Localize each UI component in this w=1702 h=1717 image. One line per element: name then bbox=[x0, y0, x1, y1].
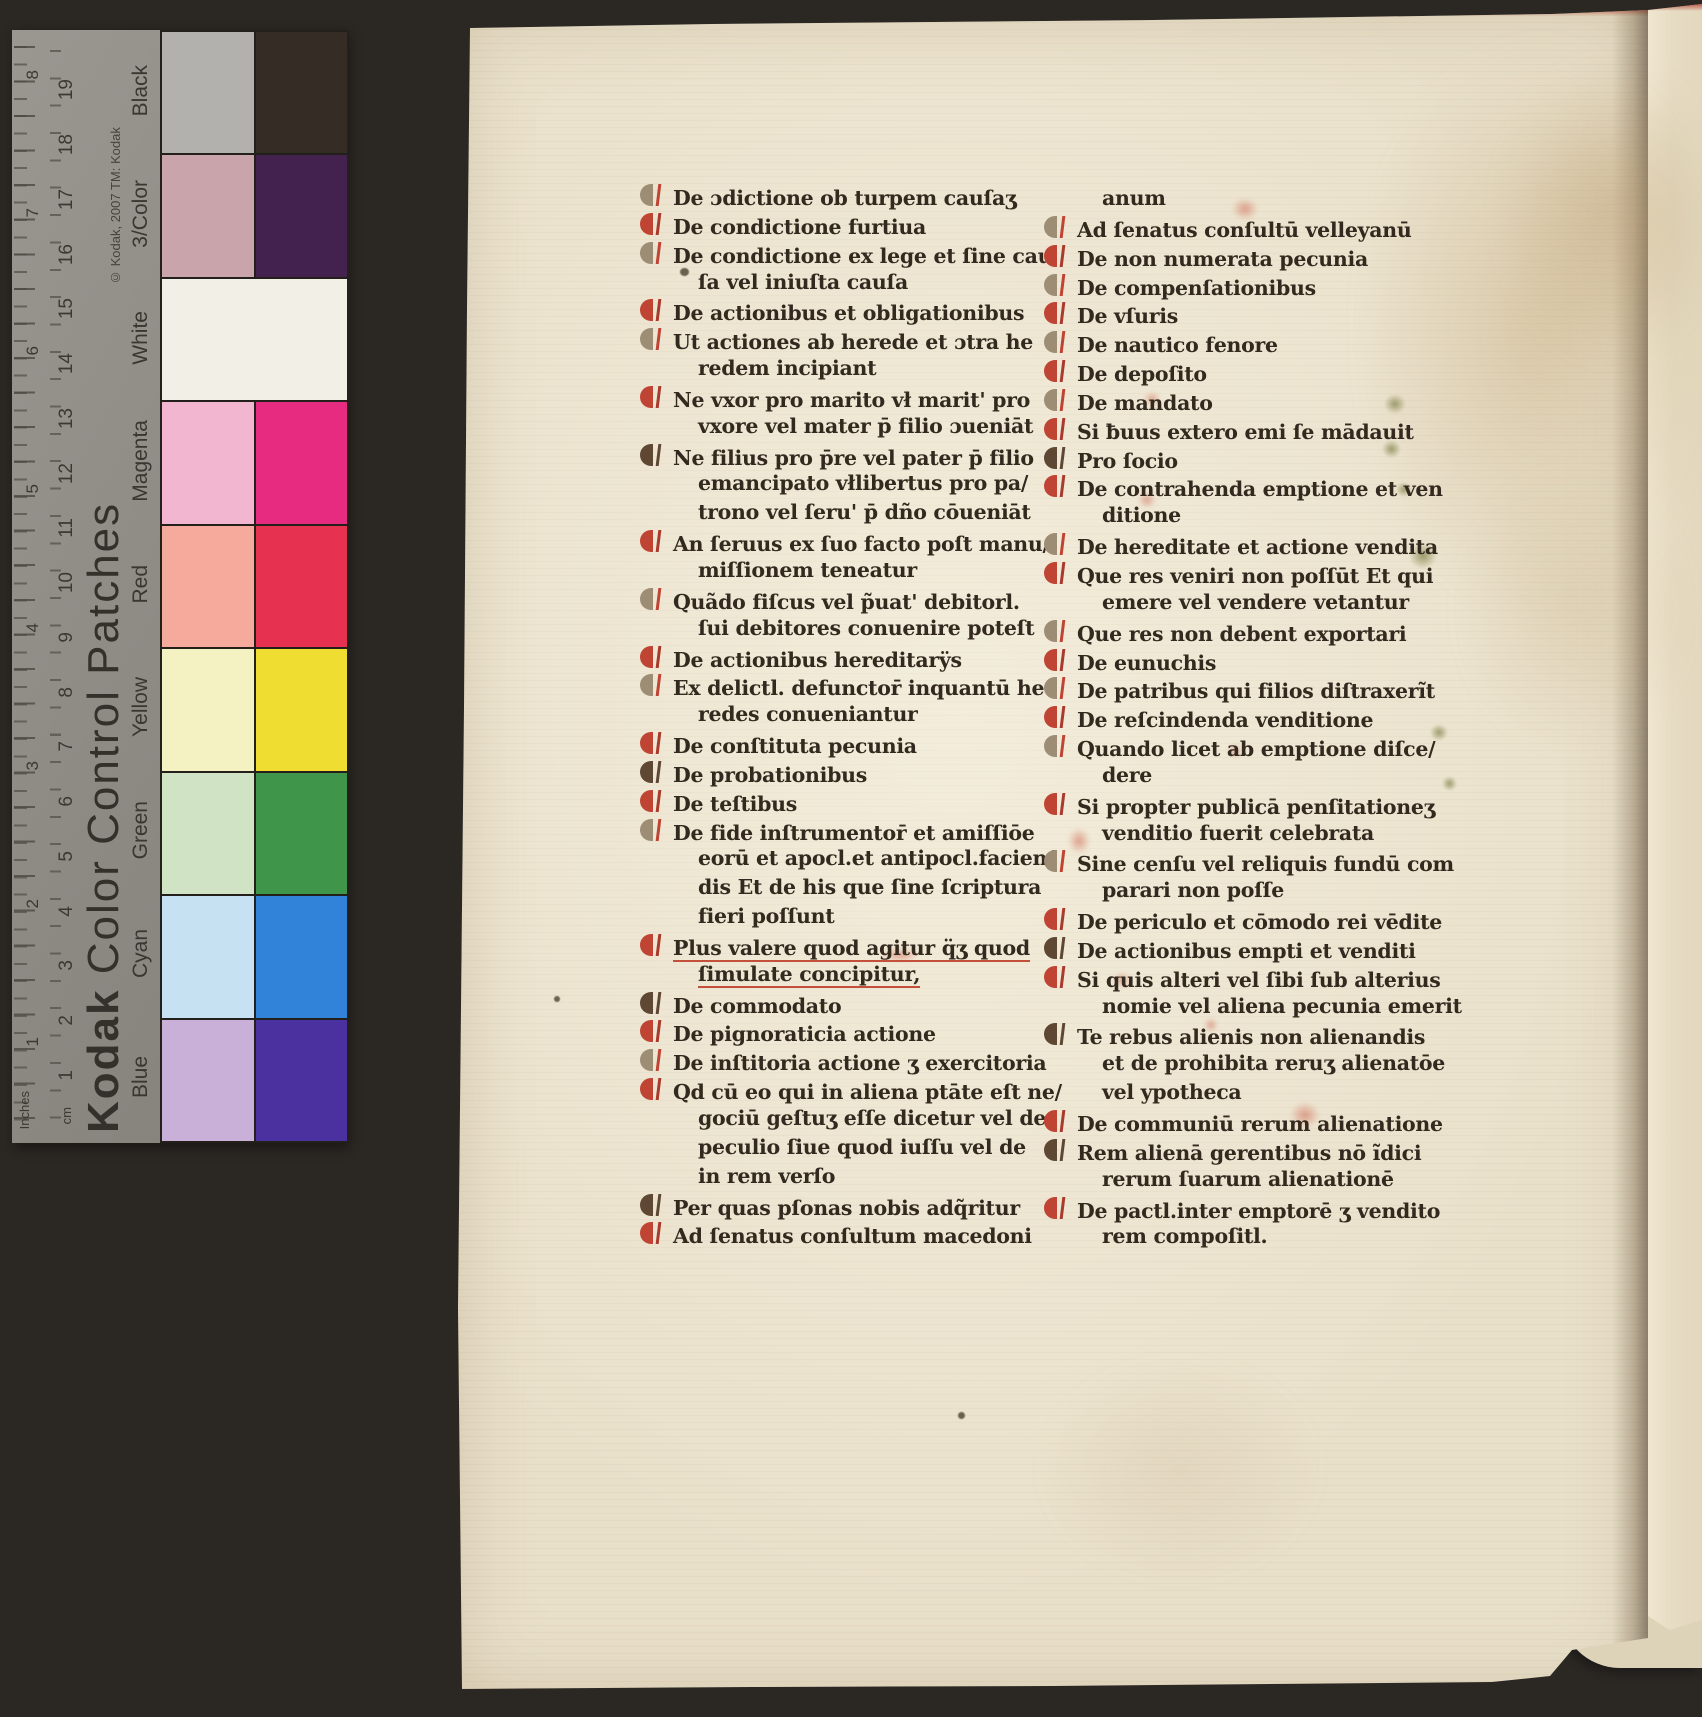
paragraph-mark-icon bbox=[640, 325, 673, 354]
index-entry-line: venditio fuerit celebrata bbox=[1044, 819, 1458, 848]
index-entry-line: De reſcindenda venditione bbox=[1044, 703, 1458, 732]
index-entry-line: De patribus qui filios diſtraxerĩt bbox=[1044, 674, 1458, 703]
index-entry-text: De eunuchis bbox=[1077, 650, 1216, 674]
kodak-color-control-strip: Inches cm © Kodak, 2007 TM: Kodak Kodak … bbox=[12, 30, 345, 1143]
index-entry-text: De vſuris bbox=[1077, 304, 1178, 328]
index-entry: De commodato bbox=[640, 989, 1020, 1018]
index-entry-line: ditione bbox=[1044, 501, 1458, 530]
patch-red-dark bbox=[256, 526, 348, 647]
index-entry-text: De teſtibus bbox=[673, 792, 797, 816]
cm-ruler-number: 17 bbox=[56, 179, 78, 219]
index-entry-line: De eunuchis bbox=[1044, 646, 1458, 675]
paragraph-mark-icon bbox=[640, 527, 673, 556]
cm-ruler-number: 19 bbox=[56, 70, 78, 110]
index-entry-line: De inſtitoria actione ʒ exercitoria bbox=[640, 1046, 1020, 1075]
patch-blue-dark bbox=[256, 1020, 348, 1141]
index-entry: De non numerata pecunia bbox=[1044, 242, 1458, 271]
index-entry-line: De vſuris bbox=[1044, 299, 1458, 328]
index-entry: De pignoraticia actione bbox=[640, 1017, 1020, 1046]
index-entry-text: De actionibus et obligationibus bbox=[673, 301, 1024, 325]
patch-cyan-light bbox=[162, 896, 254, 1017]
paragraph-mark-icon bbox=[1044, 732, 1077, 761]
index-entry-text: in rem verſo bbox=[698, 1164, 835, 1188]
index-entry-line: vxore vel mater p̄ filio ɔueniāt bbox=[640, 412, 1020, 441]
paragraph-mark-icon bbox=[640, 729, 673, 758]
index-entry-line: De nautico fenore bbox=[1044, 328, 1458, 357]
index-entry-line: redem incipiant bbox=[640, 354, 1020, 383]
index-entry: De condictione ex lege et ſine cauſa vel… bbox=[640, 239, 1020, 297]
index-entry-text: De actionibus hereditarÿs bbox=[673, 647, 962, 671]
index-entry-text: Ut actiones ab herede et ɔtra he bbox=[673, 330, 1033, 354]
paragraph-mark-icon bbox=[1044, 1194, 1077, 1223]
index-entry-text: Que res veniri non poſſūt Et qui bbox=[1077, 564, 1433, 588]
index-entry-text: miſſionem teneatur bbox=[698, 558, 917, 582]
index-entry: De inſtitoria actione ʒ exercitoria bbox=[640, 1046, 1020, 1075]
patch-row-label-white: White bbox=[122, 276, 160, 398]
index-entry: De fide inſtrumentor̄ et amiſſiōeeorū et… bbox=[640, 816, 1020, 931]
index-entry-line: Quando licet ab emptione diſce/ bbox=[1044, 732, 1458, 761]
index-entry-text: De condictione furtiua bbox=[673, 215, 926, 239]
index-entry: Te rebus alienis non alienandiset de pro… bbox=[1044, 1020, 1458, 1107]
index-entry-line: in rem verſo bbox=[640, 1162, 1020, 1191]
patch-3color-light bbox=[162, 155, 254, 276]
paragraph-mark-icon bbox=[640, 643, 673, 672]
index-entry-text: trono vel ſeru' p̄ dño cōueniāt bbox=[698, 500, 1031, 524]
patch-black-light bbox=[162, 32, 254, 153]
paragraph-mark-icon bbox=[1044, 617, 1077, 646]
index-entry-line: De pignoraticia actione bbox=[640, 1017, 1020, 1046]
paragraph-mark-icon bbox=[640, 1075, 673, 1104]
index-entry-line: An ſeruus ex ſuo facto poſt manu/ bbox=[640, 527, 1020, 556]
index-entry-line: Ad ſenatus conſultum macedoni bbox=[640, 1219, 1020, 1248]
index-entry-text: Per quas pſonas nobis adq̃ritur bbox=[673, 1195, 1020, 1219]
index-entry-line: Que res veniri non poſſūt Et qui bbox=[1044, 559, 1458, 588]
patch-row-label-magenta: Magenta bbox=[122, 400, 160, 522]
index-entry: Ad ſenatus conſultum macedoni bbox=[640, 1219, 1020, 1248]
paragraph-mark-icon bbox=[1044, 963, 1077, 992]
paragraph-mark-icon bbox=[640, 210, 673, 239]
index-entry: De probationibus bbox=[640, 758, 1020, 787]
index-entry-text: Quando licet ab emptione diſce/ bbox=[1077, 737, 1435, 761]
index-entry-line: De actionibus et obligationibus bbox=[640, 296, 1020, 325]
index-entry-line: De conſtituta pecunia bbox=[640, 729, 1020, 758]
index-entry: Rem alienā gerentibus nō ĩdicirerum ſuar… bbox=[1044, 1136, 1458, 1194]
patch-row-label-3color: 3/Color bbox=[122, 153, 160, 275]
index-entry-line: trono vel ſeru' p̄ dño cōueniāt bbox=[640, 498, 1020, 527]
index-entry-text: De periculo et cōmodo rei vēdite bbox=[1077, 910, 1442, 934]
index-entry: De actionibus et obligationibus bbox=[640, 296, 1020, 325]
index-entry-line: ſui debitores conuenire poteſt bbox=[640, 614, 1020, 643]
index-entry-text: De actionibus empti et venditi bbox=[1077, 939, 1416, 963]
patch-yellow-light bbox=[162, 649, 254, 770]
strip-title-text: Color Control Patches bbox=[79, 502, 128, 974]
index-entry-line: De actionibus empti et venditi bbox=[1044, 934, 1458, 963]
index-entry: De contrahenda emptione et venditione bbox=[1044, 472, 1458, 530]
index-entry-text: Ne filius pro p̄re vel pater p̄ filio bbox=[673, 445, 1034, 469]
index-entry-line: De probationibus bbox=[640, 758, 1020, 787]
index-entry-text: De mandato bbox=[1077, 391, 1213, 415]
paragraph-mark-icon bbox=[640, 239, 673, 268]
cm-ruler-number: 6 bbox=[56, 781, 78, 821]
index-entry: Pro ſocio bbox=[1044, 444, 1458, 473]
paragraph-mark-icon bbox=[640, 181, 673, 210]
index-entry: De eunuchis bbox=[1044, 646, 1458, 675]
inches-unit-label: Inches bbox=[14, 1090, 34, 1130]
index-entry-text: De pactl.inter emptorē ʒ vendito bbox=[1077, 1198, 1440, 1222]
paragraph-mark-icon bbox=[640, 931, 673, 960]
index-entry-line: Si propter publicā penſitationeʒ bbox=[1044, 790, 1458, 819]
index-entry-line: ſa vel iniuſta cauſa bbox=[640, 268, 1020, 297]
index-entry: De condictione furtiua bbox=[640, 210, 1020, 239]
index-entry-text: redes conueniantur bbox=[698, 702, 918, 726]
paragraph-mark-icon bbox=[1044, 299, 1077, 328]
index-entry-text: Ad ſenatus conſultum macedoni bbox=[673, 1224, 1032, 1248]
inch-ruler-number: 6 bbox=[22, 331, 44, 371]
paragraph-mark-icon bbox=[1044, 847, 1077, 876]
index-entry: De compenſationibus bbox=[1044, 271, 1458, 300]
paragraph-mark-icon bbox=[1044, 213, 1077, 242]
paragraph-mark-icon bbox=[640, 296, 673, 325]
index-entry-line: gociū geſtuʒ eſſe dicetur vel de bbox=[640, 1104, 1020, 1133]
index-entry-line: De ɔdictione ob turpem cauſaʒ bbox=[640, 181, 1020, 210]
index-entry-text: et de prohibita reruʒ alienatōe bbox=[1102, 1051, 1445, 1075]
patch-row-label-cyan: Cyan bbox=[122, 892, 160, 1014]
paragraph-mark-icon bbox=[1044, 1136, 1077, 1165]
index-entry-text: De inſtitoria actione ʒ exercitoria bbox=[673, 1051, 1046, 1075]
index-entry-line: De commodato bbox=[640, 989, 1020, 1018]
index-entry: De pactl.inter emptorē ʒ venditorem comp… bbox=[1044, 1194, 1458, 1252]
patch-row-label-black: Black bbox=[122, 30, 160, 152]
index-entry-text: Si quis alteri vel ſibi ſub alterius bbox=[1077, 968, 1441, 992]
index-entry-text: rem compoſitl. bbox=[1102, 1224, 1267, 1248]
paragraph-mark-icon bbox=[640, 816, 673, 845]
index-entry-line: Ad ſenatus conſultū velleyanū bbox=[1044, 213, 1458, 242]
index-entry-text: Quãdo fiſcus vel p̃uat' debitorl. bbox=[673, 590, 1020, 614]
index-entry: De reſcindenda venditione bbox=[1044, 703, 1458, 732]
index-entry-text: Pro ſocio bbox=[1077, 448, 1178, 472]
index-entry-text: anum bbox=[1102, 186, 1166, 210]
paragraph-mark-icon bbox=[1044, 444, 1077, 473]
index-entry-line: Que res non debent exportari bbox=[1044, 617, 1458, 646]
index-entry-text: De depoſito bbox=[1077, 362, 1207, 386]
index-entry-text: De reſcindenda venditione bbox=[1077, 708, 1373, 732]
inch-ruler-number: 4 bbox=[22, 607, 44, 647]
index-entry-text: Te rebus alienis non alienandis bbox=[1077, 1025, 1425, 1049]
index-entry-text: De contrahenda emptione et ven bbox=[1077, 477, 1443, 501]
paragraph-mark-icon bbox=[640, 1017, 673, 1046]
index-entry-line: anum bbox=[1044, 184, 1458, 213]
index-entry-line: De non numerata pecunia bbox=[1044, 242, 1458, 271]
index-entry-text: Rem alienā gerentibus nō ĩdici bbox=[1077, 1141, 1421, 1165]
paragraph-mark-icon bbox=[1044, 703, 1077, 732]
cm-ruler-number: 14 bbox=[56, 344, 78, 384]
index-entry-line: De pactl.inter emptorē ʒ vendito bbox=[1044, 1194, 1458, 1223]
patch-grid bbox=[160, 30, 349, 1143]
index-entry: Ex delictl. defunctor̄ inquantū heredes … bbox=[640, 671, 1020, 729]
patch-green-dark bbox=[256, 773, 348, 894]
index-entry-line: vel ypotheca bbox=[1044, 1078, 1458, 1107]
paragraph-mark-icon bbox=[1044, 1107, 1077, 1136]
paragraph-mark-icon bbox=[1044, 386, 1077, 415]
index-entry: Si quis alteri vel ſibi ſub alteriusnomi… bbox=[1044, 963, 1458, 1021]
paragraph-mark-icon bbox=[640, 671, 673, 700]
index-entry-text: De condictione ex lege et ſine cau bbox=[673, 244, 1052, 268]
cm-ruler-number: 9 bbox=[56, 617, 78, 657]
paragraph-mark-icon bbox=[1044, 415, 1077, 444]
cm-unit-label: cm bbox=[56, 1096, 76, 1136]
index-entry-text: ditione bbox=[1102, 503, 1181, 527]
index-entry-line: Sine cenſu vel reliquis fundū com bbox=[1044, 847, 1458, 876]
cm-ruler-number: 16 bbox=[56, 234, 78, 274]
index-entry-line: Plus valere quod agitur q̈ʒ quod bbox=[640, 931, 1020, 960]
kodak-brand: Kodak bbox=[79, 989, 128, 1133]
index-entry-line: et de prohibita reruʒ alienatōe bbox=[1044, 1049, 1458, 1078]
paragraph-mark-icon bbox=[1044, 472, 1077, 501]
index-column-left: De ɔdictione ob turpem cauſaʒDe condicti… bbox=[640, 181, 1020, 1248]
index-entry-line: parari non poſſe bbox=[1044, 876, 1458, 905]
index-entry-line: rerum ſuarum alienationē bbox=[1044, 1165, 1458, 1194]
index-entry: De mandato bbox=[1044, 386, 1458, 415]
index-entry-text: vxore vel mater p̄ filio ɔueniāt bbox=[698, 414, 1033, 438]
cm-ruler-number: 10 bbox=[56, 563, 78, 603]
paragraph-mark-icon bbox=[1044, 905, 1077, 934]
index-entry-text: De conſtituta pecunia bbox=[673, 734, 917, 758]
paragraph-mark-icon bbox=[1044, 328, 1077, 357]
index-entry: De communiū rerum alienatione bbox=[1044, 1107, 1458, 1136]
inch-ruler-number: 1 bbox=[22, 1022, 44, 1062]
index-entry-line: De contrahenda emptione et ven bbox=[1044, 472, 1458, 501]
paragraph-mark-icon bbox=[1044, 1020, 1077, 1049]
index-entry: Ne vxor pro marito vł marit' provxore ve… bbox=[640, 383, 1020, 441]
index-entry-text: rerum ſuarum alienationē bbox=[1102, 1167, 1394, 1191]
patch-yellow-dark bbox=[256, 649, 348, 770]
patch-row-label-blue: Blue bbox=[122, 1016, 160, 1138]
index-entry-line: dere bbox=[1044, 761, 1458, 790]
index-entry: De hereditate et actione vendita bbox=[1044, 530, 1458, 559]
index-entry-line: De depoſito bbox=[1044, 357, 1458, 386]
index-entry-text: Plus valere quod agitur q̈ʒ quod bbox=[673, 936, 1030, 962]
index-entry-line: eorū et apocl.et antipocl.facien/ bbox=[640, 844, 1020, 873]
index-entry-text: dere bbox=[1102, 763, 1152, 787]
index-entry: De ɔdictione ob turpem cauſaʒ bbox=[640, 181, 1020, 210]
index-entry-line: Ne filius pro p̄re vel pater p̄ filio bbox=[640, 441, 1020, 470]
cm-ruler-number: 3 bbox=[56, 946, 78, 986]
index-entry-text: venditio fuerit celebrata bbox=[1102, 821, 1374, 845]
index-entry: Que res veniri non poſſūt Et quiemere ve… bbox=[1044, 559, 1458, 617]
paragraph-mark-icon bbox=[640, 989, 673, 1018]
paragraph-mark-icon bbox=[640, 758, 673, 787]
cm-ruler-number: 7 bbox=[56, 727, 78, 767]
index-entry: De vſuris bbox=[1044, 299, 1458, 328]
paragraph-mark-icon bbox=[640, 585, 673, 614]
index-entry: De conſtituta pecunia bbox=[640, 729, 1020, 758]
index-entry: De actionibus hereditarÿs bbox=[640, 643, 1020, 672]
index-entry-text: De non numerata pecunia bbox=[1077, 247, 1368, 271]
index-entry-text: ſa vel iniuſta cauſa bbox=[698, 270, 908, 294]
index-entry-text: peculio ſiue quod iuſſu vel de bbox=[698, 1135, 1026, 1159]
index-entry-text: De patribus qui filios diſtraxerĩt bbox=[1077, 679, 1435, 703]
index-entry: Ut actiones ab herede et ɔtra heredem in… bbox=[640, 325, 1020, 383]
index-entry-line: emancipato vłlibertus pro pa/ bbox=[640, 469, 1020, 498]
index-entry-text: eorū et apocl.et antipocl.facien/ bbox=[698, 846, 1054, 870]
index-entry-line: De communiū rerum alienatione bbox=[1044, 1107, 1458, 1136]
index-entry-text: parari non poſſe bbox=[1102, 878, 1284, 902]
index-entry: Quãdo fiſcus vel p̃uat' debitorl.ſui deb… bbox=[640, 585, 1020, 643]
cm-ruler-number: 4 bbox=[56, 891, 78, 931]
inch-ruler-number: 5 bbox=[22, 469, 44, 509]
index-entry: Sine cenſu vel reliquis fundū comparari … bbox=[1044, 847, 1458, 905]
index-entry: De patribus qui filios diſtraxerĩt bbox=[1044, 674, 1458, 703]
red-book-edge bbox=[1648, 4, 1702, 11]
index-entry-line: De fide inſtrumentor̄ et amiſſiōe bbox=[640, 816, 1020, 845]
patch-red-light bbox=[162, 526, 254, 647]
index-entry-line: Per quas pſonas nobis adq̃ritur bbox=[640, 1191, 1020, 1220]
index-entry-line: De compenſationibus bbox=[1044, 271, 1458, 300]
index-entry-line: miſſionem teneatur bbox=[640, 556, 1020, 585]
patch-black-dark bbox=[256, 32, 348, 153]
inch-ruler-number: 8 bbox=[22, 55, 44, 95]
index-entry-text: Si propter publicā penſitationeʒ bbox=[1077, 795, 1435, 819]
paragraph-mark-icon bbox=[1044, 559, 1077, 588]
index-entry: Ne filius pro p̄re vel pater p̄ filioema… bbox=[640, 441, 1020, 528]
index-entry-line: emere vel vendere vetantur bbox=[1044, 588, 1458, 617]
index-entry-line: Ut actiones ab herede et ɔtra he bbox=[640, 325, 1020, 354]
index-entry-text: Ad ſenatus conſultū velleyanū bbox=[1077, 218, 1411, 242]
index-entry-line: De hereditate et actione vendita bbox=[1044, 530, 1458, 559]
cm-ruler-number: 18 bbox=[56, 125, 78, 165]
index-entry-line: rem compoſitl. bbox=[1044, 1222, 1458, 1251]
cm-ruler-number: 2 bbox=[56, 1000, 78, 1040]
paragraph-mark-icon bbox=[1044, 646, 1077, 675]
index-entry-text: Si ƀuus extero emi ſe mādauit bbox=[1077, 420, 1414, 444]
cm-ruler-number: 5 bbox=[56, 836, 78, 876]
index-entry-text: gociū geſtuʒ eſſe dicetur vel de bbox=[698, 1106, 1046, 1130]
index-entry: anum bbox=[1044, 184, 1458, 213]
index-entry-line: fieri poſſunt bbox=[640, 902, 1020, 931]
index-entry-text: De compenſationibus bbox=[1077, 275, 1316, 299]
cm-ruler-number: 15 bbox=[56, 289, 78, 329]
inch-ruler-number: 2 bbox=[22, 884, 44, 924]
patch-row-label-yellow: Yellow bbox=[122, 646, 160, 768]
index-entry-text: vel ypotheca bbox=[1102, 1080, 1241, 1104]
patch-row-label-green: Green bbox=[122, 769, 160, 891]
index-column-right: anumAd ſenatus conſultū velleyanūDe non … bbox=[1044, 184, 1458, 1251]
index-entry-line: Si quis alteri vel ſibi ſub alterius bbox=[1044, 963, 1458, 992]
index-entry-line: dis Et de his que ſine ſcriptura bbox=[640, 873, 1020, 902]
index-entry-text: An ſeruus ex ſuo facto poſt manu/ bbox=[673, 532, 1050, 556]
index-entry-text: Ne vxor pro marito vł marit' pro bbox=[673, 388, 1030, 412]
scanned-book-photograph: Inches cm © Kodak, 2007 TM: Kodak Kodak … bbox=[0, 0, 1702, 1717]
cm-ruler-number: 13 bbox=[56, 398, 78, 438]
index-entry: Per quas pſonas nobis adq̃ritur bbox=[640, 1191, 1020, 1220]
inch-ruler-number: 7 bbox=[22, 193, 44, 233]
index-entry-text: Sine cenſu vel reliquis fundū com bbox=[1077, 852, 1454, 876]
index-entry-line: Quãdo fiſcus vel p̃uat' debitorl. bbox=[640, 585, 1020, 614]
index-entry-line: De mandato bbox=[1044, 386, 1458, 415]
red-book-edge bbox=[452, 8, 1648, 16]
index-entry-text: emere vel vendere vetantur bbox=[1102, 590, 1409, 614]
patch-magenta-light bbox=[162, 402, 254, 523]
patch-magenta-dark bbox=[256, 402, 348, 523]
index-entry: De nautico fenore bbox=[1044, 328, 1458, 357]
index-entry-line: redes conueniantur bbox=[640, 700, 1020, 729]
patch-row-label-red: Red bbox=[122, 523, 160, 645]
index-entry-line: Rem alienā gerentibus nō ĩdici bbox=[1044, 1136, 1458, 1165]
index-entry-line: Ne vxor pro marito vł marit' pro bbox=[640, 383, 1020, 412]
index-entry: Si propter publicā penſitationeʒvenditio… bbox=[1044, 790, 1458, 848]
index-entry-text: fieri poſſunt bbox=[698, 904, 834, 928]
index-entry: Si ƀuus extero emi ſe mādauit bbox=[1044, 415, 1458, 444]
index-entry-text: De communiū rerum alienatione bbox=[1077, 1112, 1443, 1136]
index-entry-text: De hereditate et actione vendita bbox=[1077, 535, 1438, 559]
cm-ruler-number: 1 bbox=[56, 1055, 78, 1095]
paragraph-mark-icon bbox=[640, 1219, 673, 1248]
index-entry-line: Te rebus alienis non alienandis bbox=[1044, 1020, 1458, 1049]
index-entry-line: peculio ſiue quod iuſſu vel de bbox=[640, 1133, 1020, 1162]
index-entry-line: Pro ſocio bbox=[1044, 444, 1458, 473]
index-entry-text: nomie vel aliena pecunia emerit bbox=[1102, 994, 1462, 1018]
page-fold-shadow bbox=[1612, 8, 1648, 1698]
paragraph-mark-icon bbox=[1044, 357, 1077, 386]
index-entry: An ſeruus ex ſuo facto poſt manu/miſſion… bbox=[640, 527, 1020, 585]
index-entry: Quando licet ab emptione diſce/dere bbox=[1044, 732, 1458, 790]
index-entry-line: De actionibus hereditarÿs bbox=[640, 643, 1020, 672]
index-entry-line: De periculo et cōmodo rei vēdite bbox=[1044, 905, 1458, 934]
index-entry: Que res non debent exportari bbox=[1044, 617, 1458, 646]
index-entry-text: Que res non debent exportari bbox=[1077, 622, 1406, 646]
index-entry: Ad ſenatus conſultū velleyanū bbox=[1044, 213, 1458, 242]
patch-green-light bbox=[162, 773, 254, 894]
index-entry-line: ſimulate concipitur, bbox=[640, 960, 1020, 989]
index-entry: De teſtibus bbox=[640, 787, 1020, 816]
paragraph-mark-icon bbox=[1044, 242, 1077, 271]
patch-3color-dark bbox=[256, 155, 348, 276]
index-entry-text: De commodato bbox=[673, 993, 841, 1017]
index-entry: De depoſito bbox=[1044, 357, 1458, 386]
patch-white bbox=[162, 279, 347, 400]
paragraph-mark-icon bbox=[1044, 530, 1077, 559]
index-entry-text: De pignoraticia actione bbox=[673, 1022, 936, 1046]
index-entry-text: dis Et de his que ſine ſcriptura bbox=[698, 875, 1041, 899]
index-entry-line: Ex delictl. defunctor̄ inquantū he bbox=[640, 671, 1020, 700]
paragraph-mark-icon bbox=[640, 383, 673, 412]
index-entry-text: De ɔdictione ob turpem cauſaʒ bbox=[673, 186, 1016, 210]
cm-ruler-number: 11 bbox=[56, 508, 78, 548]
cm-ruler-number: 8 bbox=[56, 672, 78, 712]
index-entry-line: Qd cū eo qui in aliena ptāte eſt ne/ bbox=[640, 1075, 1020, 1104]
patch-blue-light bbox=[162, 1020, 254, 1141]
index-entry-text: redem incipiant bbox=[698, 356, 876, 380]
index-entry: Plus valere quod agitur q̈ʒ quodſimulate… bbox=[640, 931, 1020, 989]
index-entry-line: nomie vel aliena pecunia emerit bbox=[1044, 992, 1458, 1021]
index-entry: Qd cū eo qui in aliena ptāte eſt ne/goci… bbox=[640, 1075, 1020, 1190]
index-entry-text: emancipato vłlibertus pro pa/ bbox=[698, 471, 1028, 495]
patch-cyan-dark bbox=[256, 896, 348, 1017]
index-entry-line: De condictione furtiua bbox=[640, 210, 1020, 239]
index-entry: De actionibus empti et venditi bbox=[1044, 934, 1458, 963]
index-entry-text: De fide inſtrumentor̄ et amiſſiōe bbox=[673, 820, 1034, 844]
index-entry-line: De teſtibus bbox=[640, 787, 1020, 816]
inch-ruler-number: 3 bbox=[22, 746, 44, 786]
index-entry-text: ſui debitores conuenire poteſt bbox=[698, 616, 1034, 640]
cm-ruler-number: 12 bbox=[56, 453, 78, 493]
index-entry-text: De nautico fenore bbox=[1077, 333, 1278, 357]
index-entry-text: Ex delictl. defunctor̄ inquantū he bbox=[673, 676, 1044, 700]
paragraph-mark-icon bbox=[1044, 790, 1077, 819]
paragraph-mark-icon bbox=[640, 787, 673, 816]
index-entry-line: Si ƀuus extero emi ſe mādauit bbox=[1044, 415, 1458, 444]
paragraph-mark-icon bbox=[1044, 674, 1077, 703]
